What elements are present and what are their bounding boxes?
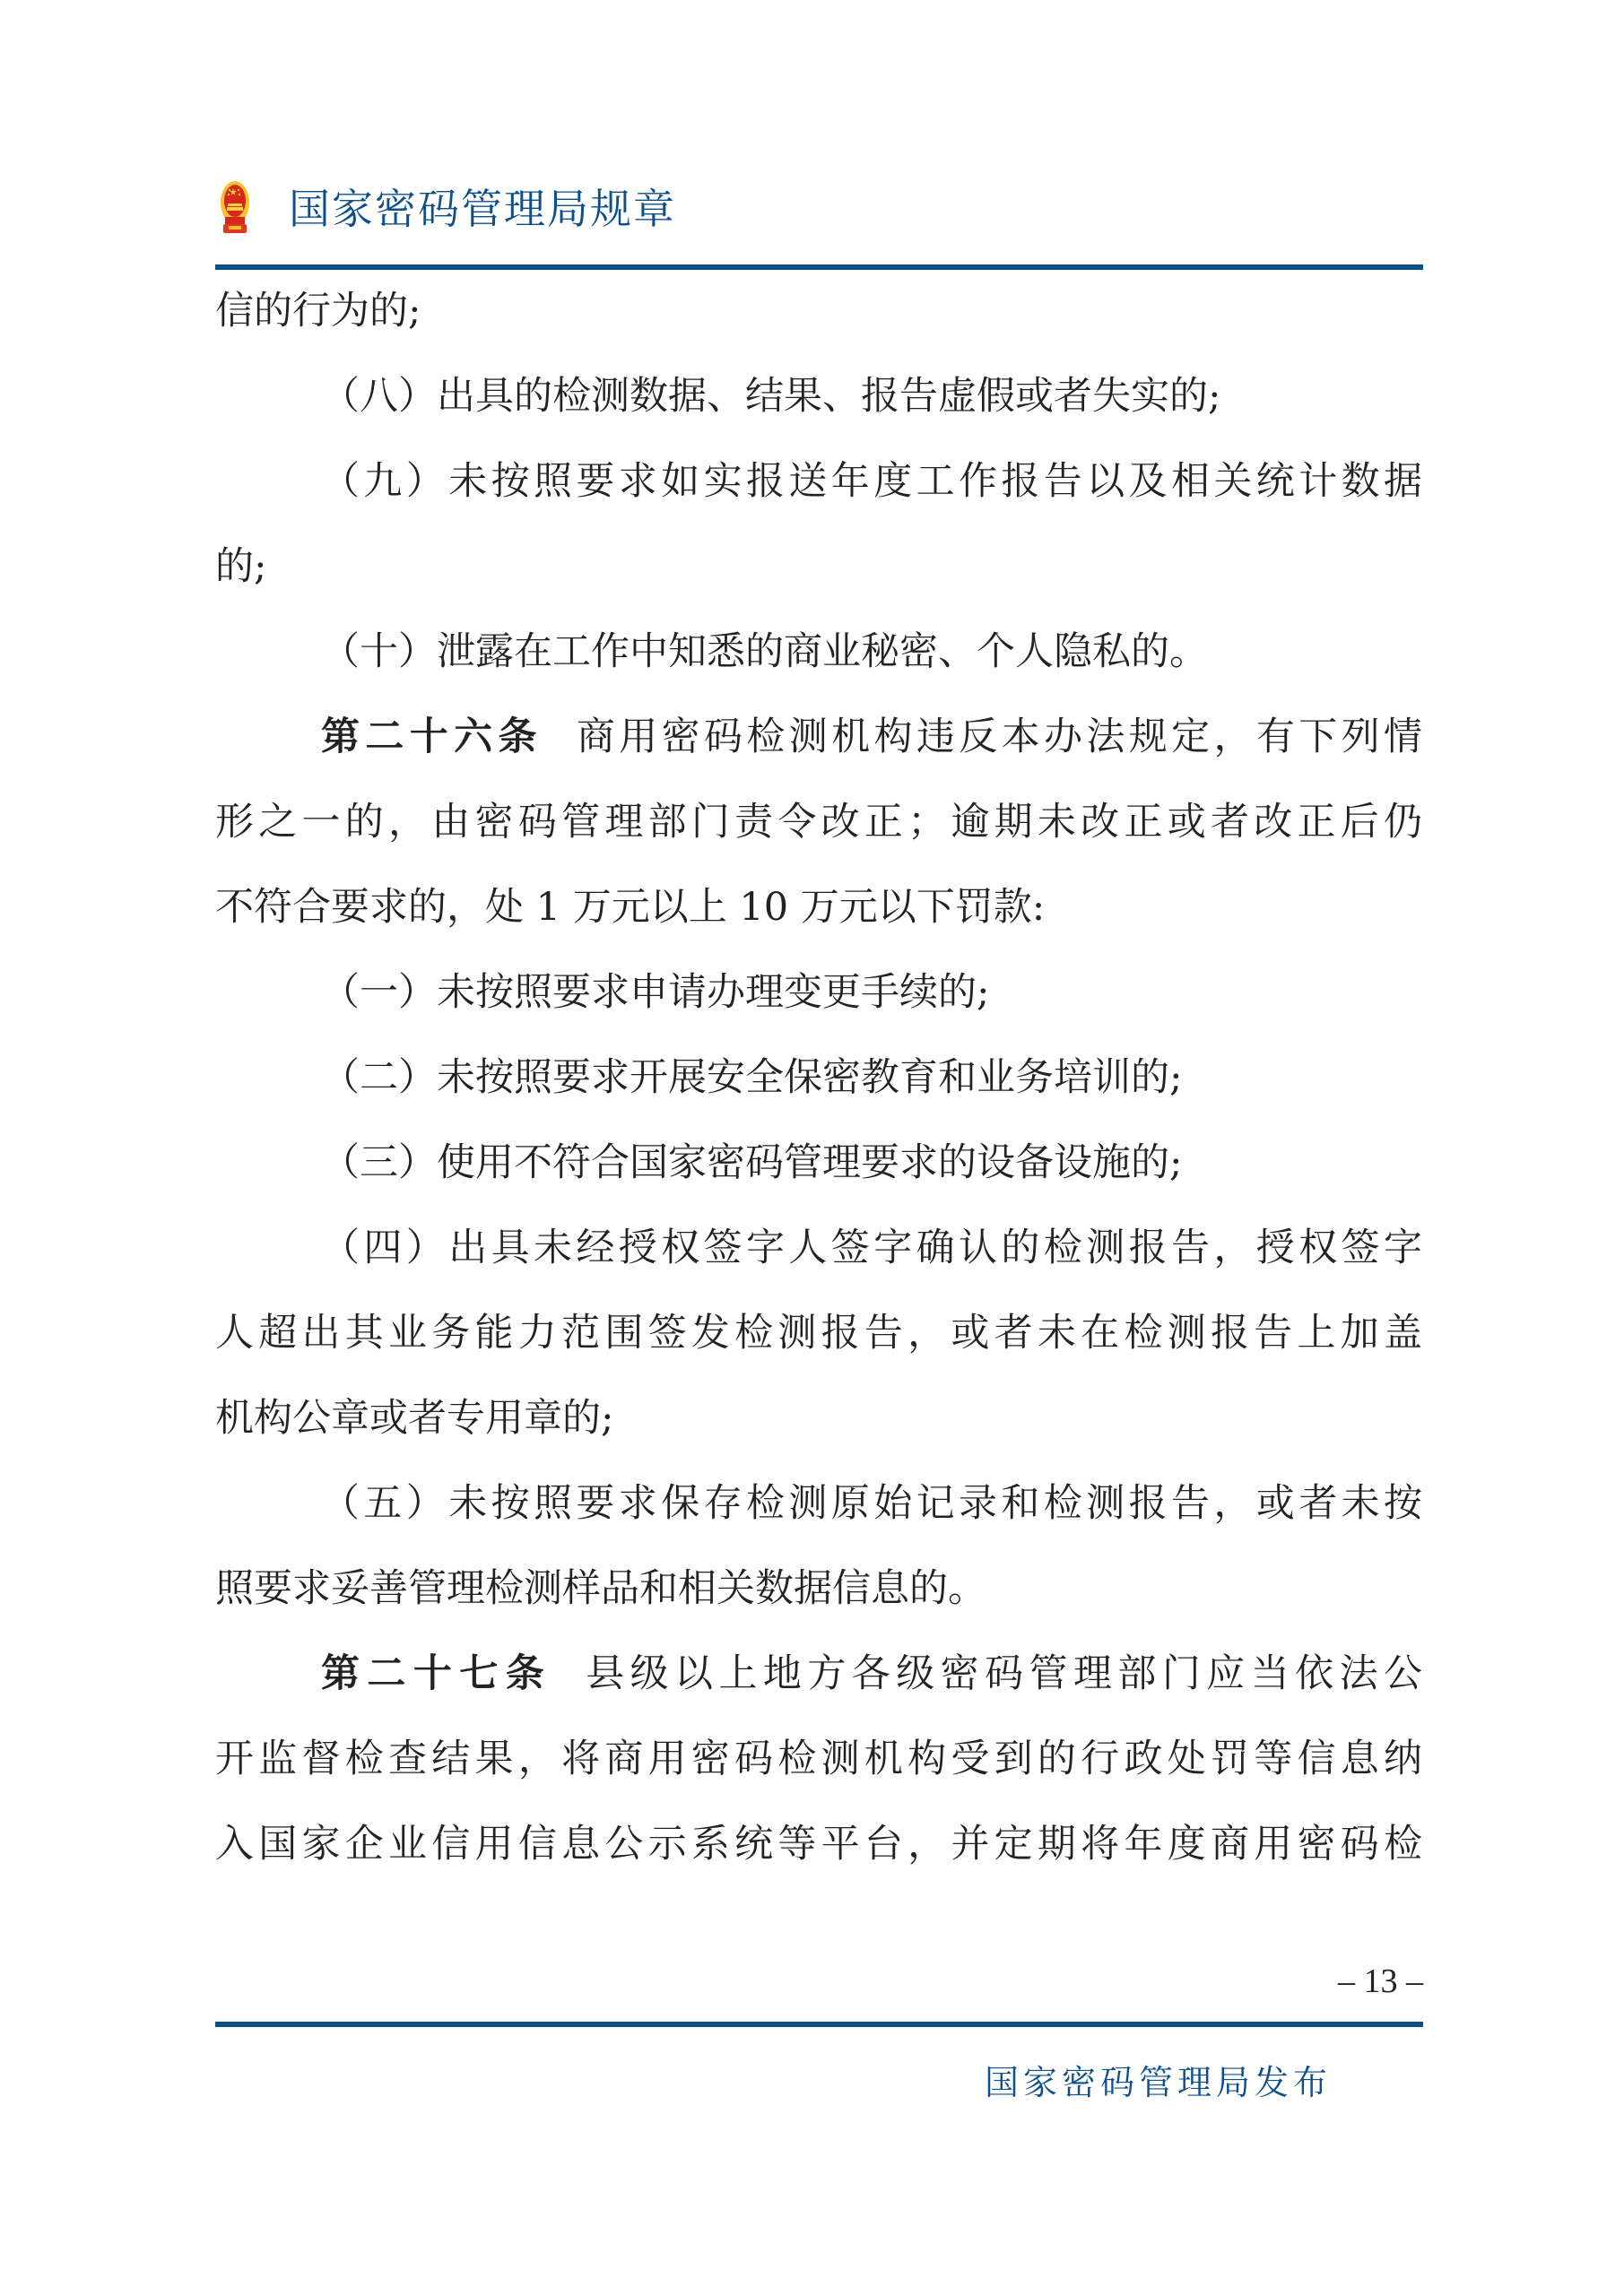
footer-divider xyxy=(215,2022,1423,2027)
line-text: （二）未按照要求开展安全保密教育和业务培训的; xyxy=(321,1055,1183,1100)
page-number: – 13 – xyxy=(1305,1962,1423,2001)
line-text: （一）未按照要求申请办理变更手续的; xyxy=(321,970,990,1015)
line-text: （九）未按照要求如实报送年度工作报告以及相关统计数据 xyxy=(321,459,1422,504)
body-line: 信的行为的; xyxy=(215,269,1422,354)
header-title: 国家密码管理局规章 xyxy=(289,179,676,238)
line-text: 形之一的，由密码管理部门责令改正；逾期未改正或者改正后仍 xyxy=(215,800,1422,845)
body-line: 形之一的，由密码管理部门责令改正；逾期未改正或者改正后仍 xyxy=(215,780,1422,865)
line-text: （四）出具未经授权签字人签字确认的检测报告，授权签字 xyxy=(321,1226,1422,1270)
body-line: （五）未按照要求保存检测原始记录和检测报告，或者未按 xyxy=(215,1461,1422,1547)
body-line: （十）泄露在工作中知悉的商业秘密、个人隐私的。 xyxy=(215,610,1422,695)
body-line: 机构公章或者专用章的; xyxy=(215,1376,1422,1461)
body-line: （一）未按照要求申请办理变更手续的; xyxy=(215,950,1422,1035)
line-text: 不符合要求的，处 1 万元以上 10 万元以下罚款: xyxy=(215,885,1045,930)
line-text: 的; xyxy=(215,544,267,589)
line-text: （八）出具的检测数据、结果、报告虚假或者失实的; xyxy=(321,374,1221,419)
line-text: （三）使用不符合国家密码管理要求的设备设施的; xyxy=(321,1140,1183,1185)
line-text: 商用密码检测机构违反本办法规定，有下列情 xyxy=(577,715,1422,759)
body-line: 照要求妥善管理检测样品和相关数据信息的。 xyxy=(215,1547,1422,1632)
line-text: 入国家企业信用信息公示系统等平台，并定期将年度商用密码检 xyxy=(215,1822,1422,1867)
body-line: 入国家企业信用信息公示系统等平台，并定期将年度商用密码检 xyxy=(215,1802,1422,1887)
line-text: 县级以上地方各级密码管理部门应当依法公 xyxy=(586,1651,1422,1696)
footer-publisher: 国家密码管理局发布 xyxy=(985,2056,1332,2110)
body-line: （九）未按照要求如实报送年度工作报告以及相关统计数据 xyxy=(215,439,1422,524)
line-text: （五）未按照要求保存检测原始记录和检测报告，或者未按 xyxy=(321,1481,1422,1526)
body-line: 的; xyxy=(215,524,1422,610)
line-text: 人超出其业务能力范围签发检测报告，或者未在检测报告上加盖 xyxy=(215,1311,1422,1356)
document-body: 信的行为的; （八）出具的检测数据、结果、报告虚假或者失实的; （九）未按照要求… xyxy=(215,269,1422,1887)
body-line: （四）出具未经授权签字人签字确认的检测报告，授权签字 xyxy=(215,1206,1422,1291)
article-number: 第二十七条 xyxy=(321,1651,551,1696)
article-number: 第二十六条 xyxy=(321,715,543,759)
article-line: 第二十七条县级以上地方各级密码管理部门应当依法公 xyxy=(215,1632,1422,1717)
national-emblem-icon xyxy=(220,179,250,235)
line-text: 开监督检查结果，将商用密码检测机构受到的行政处罚等信息纳 xyxy=(215,1737,1422,1781)
body-line: 开监督检查结果，将商用密码检测机构受到的行政处罚等信息纳 xyxy=(215,1717,1422,1802)
line-text: 信的行为的; xyxy=(215,289,421,334)
line-text: （十）泄露在工作中知悉的商业秘密、个人隐私的。 xyxy=(321,629,1208,674)
article-line: 第二十六条商用密码检测机构违反本办法规定，有下列情 xyxy=(215,695,1422,780)
line-text: 照要求妥善管理检测样品和相关数据信息的。 xyxy=(215,1566,986,1611)
body-line: 不符合要求的，处 1 万元以上 10 万元以下罚款: xyxy=(215,865,1422,950)
body-line: （二）未按照要求开展安全保密教育和业务培训的; xyxy=(215,1035,1422,1121)
body-line: （三）使用不符合国家密码管理要求的设备设施的; xyxy=(215,1121,1422,1206)
body-line: 人超出其业务能力范围签发检测报告，或者未在检测报告上加盖 xyxy=(215,1291,1422,1376)
body-line: （八）出具的检测数据、结果、报告虚假或者失实的; xyxy=(215,354,1422,439)
line-text: 机构公章或者专用章的; xyxy=(215,1396,614,1441)
